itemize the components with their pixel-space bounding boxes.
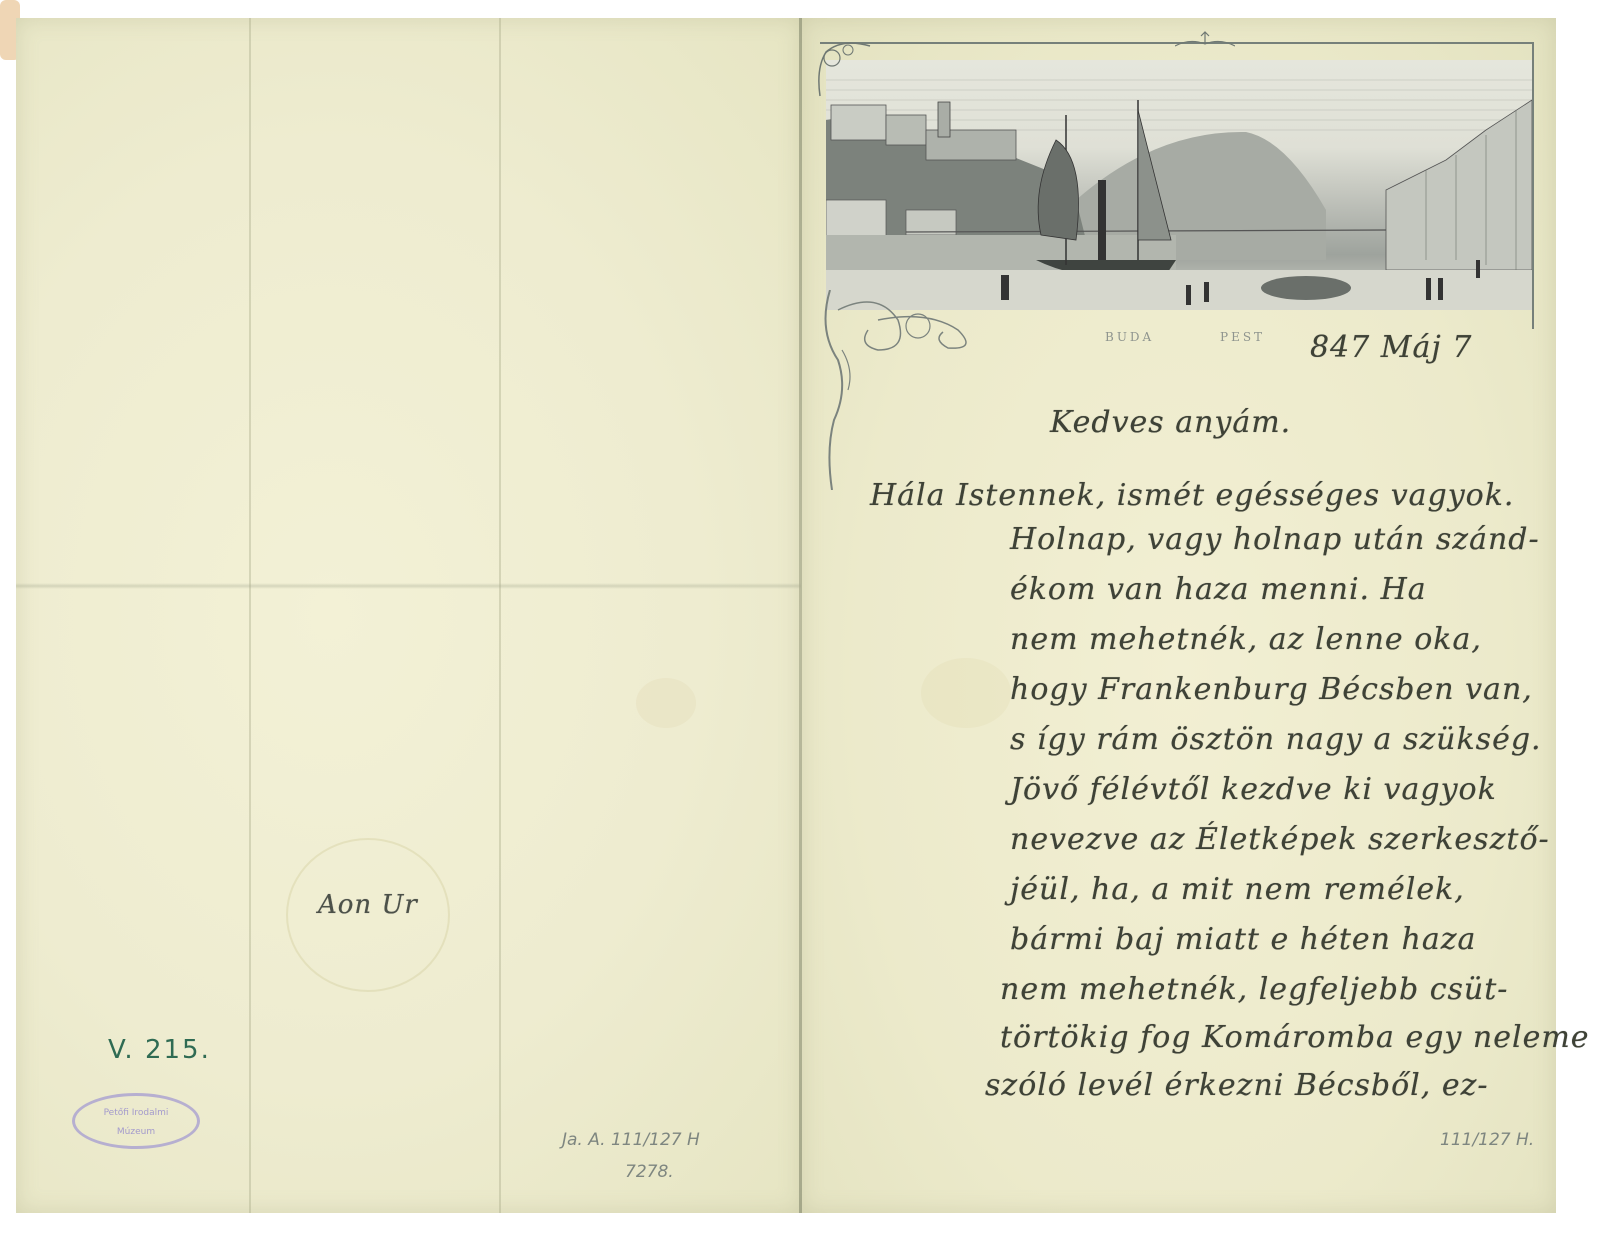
ornament-top-icon (1175, 30, 1235, 52)
stamp-text-line1: Petőfi Irodalmi (75, 1104, 197, 1123)
museum-stamp: Petőfi Irodalmi Múzeum (72, 1093, 200, 1149)
letter-date: 847 Máj 7 (1310, 330, 1472, 365)
fold-line (249, 18, 251, 1213)
letterhead-engraving-buda-pest (826, 60, 1532, 310)
letter-line: ékom van haza menni. Ha (1010, 572, 1427, 607)
letter-line: bármi baj miatt e héten haza (1010, 922, 1476, 957)
shelf-mark: V. 215. (108, 1035, 211, 1065)
letter-line: szóló levél érkezni Bécsből, ez- (985, 1068, 1489, 1103)
letter-line: nevezve az Életképek szerkesztő- (1010, 822, 1550, 857)
letter-line: Holnap, vagy holnap után szánd- (1010, 522, 1540, 557)
letter-line: s így rám ösztön nagy a szükség. (1010, 722, 1542, 757)
fold-line-horizontal (16, 583, 801, 589)
foxing-stain (636, 678, 696, 728)
letter-line: hogy Frankenburg Bécsben van, (1010, 672, 1533, 707)
ornament-corner-icon (812, 38, 872, 98)
left-page-pencil-note: Aon Ur (318, 890, 418, 920)
letter-line: Jövő félévtől kezdve ki vagyok (1010, 772, 1497, 807)
fold-line (499, 18, 501, 1213)
letter-line: nem mehetnék, legfeljebb csüt- (1000, 972, 1508, 1007)
letter-line: jéül, ha, a mit nem remélek, (1010, 872, 1465, 907)
stamp-text-line2: Múzeum (75, 1123, 197, 1142)
letter-line: törtökig fog Komáromba egy neleme (1000, 1020, 1590, 1055)
foxing-stain (921, 658, 1011, 728)
right-page-inventory-number: 111/127 H. (1440, 1130, 1534, 1150)
inventory-number-secondary: 7278. (625, 1162, 674, 1182)
letterhead-caption-pest: PEST (1220, 330, 1265, 344)
inventory-number: Ja. A. 111/127 H (562, 1130, 700, 1150)
letter-salutation: Kedves anyám. (1050, 405, 1291, 440)
letterhead-caption-buda: BUDA (1105, 330, 1154, 344)
left-page (16, 18, 801, 1213)
ornament-scroll-icon (818, 290, 1018, 490)
letter-line: nem mehetnék, az lenne oka, (1010, 622, 1482, 657)
center-fold (799, 18, 802, 1213)
letter-line: Hála Istennek, ismét egésséges vagyok. (870, 478, 1514, 513)
